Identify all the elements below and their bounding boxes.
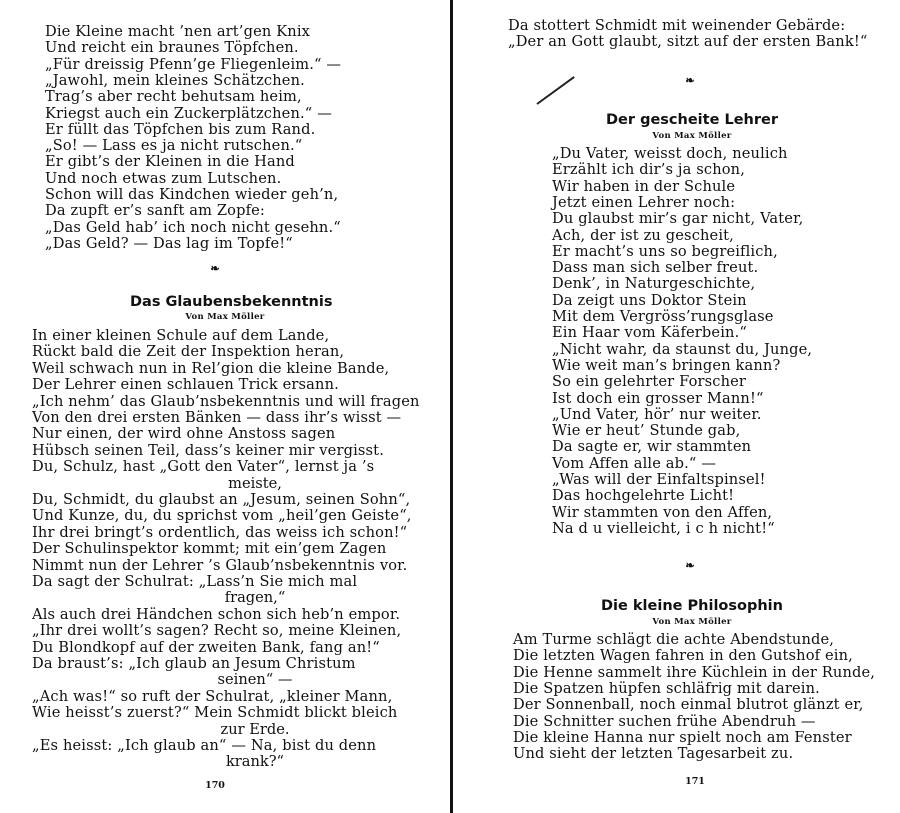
verse-line: Mit dem Vergröss’rungsglase (552, 309, 774, 325)
page-number: 171 (680, 776, 710, 787)
verse-line: „Für dreissig Pfenn’ge Fliegenleim.“ — (45, 57, 341, 73)
verse-line: Trag’s aber recht behutsam heim, (45, 89, 302, 105)
verse-line: Die Schnitter suchen frühe Abendruh — (513, 714, 816, 730)
verse-line: Du Blondkopf auf der zweiten Bank, fang … (32, 640, 380, 656)
verse-line: Dass man sich selber freut. (552, 260, 758, 276)
verse-line: Nimmt nun der Lehrer ’s Glaub’nsbekenntn… (32, 558, 407, 574)
verse-line: Vom Affen alle ab.“ — (552, 456, 716, 472)
verse-line: Er füllt das Töpfchen bis zum Rand. (45, 122, 315, 138)
verse-line: Du, Schmidt, du glaubst an „Jesum, seine… (32, 492, 410, 508)
poem-title: Die kleine Philosophin (562, 598, 822, 614)
verse-line: Da braust’s: „Ich glaub an Jesum Christu… (32, 656, 356, 672)
verse-line: Der Sonnenball, noch einmal blutrot glän… (513, 697, 864, 713)
poem-byline: Von Max Möller (602, 131, 782, 141)
verse-line-continuation: meiste, (130, 476, 380, 492)
verse-line-continuation: fragen,“ (130, 590, 380, 606)
verse-line: Das hochgelehrte Licht! (552, 488, 734, 504)
verse-line: Ach, der ist zu gescheit, (552, 228, 734, 244)
verse-line: Rückt bald die Zeit der Inspektion heran… (32, 344, 344, 360)
verse-line-continuation: zur Erde. (130, 722, 380, 738)
verse-line-continuation: krank?“ (130, 754, 380, 770)
verse-line: Und reicht ein braunes Töpfchen. (45, 40, 299, 56)
verse-line: Die Henne sammelt ihre Küchlein in der R… (513, 665, 875, 681)
left-page: Die Kleine macht ’nen art’gen KnixUnd re… (0, 0, 450, 813)
verse-line: Wie heisst’s zuerst?“ Mein Schmidt blick… (32, 705, 397, 721)
page-number: 170 (200, 780, 230, 791)
verse-line: So ein gelehrter Forscher (552, 374, 746, 390)
verse-line: Da stottert Schmidt mit weinender Gebärd… (508, 18, 845, 34)
verse-line-continuation: seinen“ — (130, 672, 380, 688)
verse-line: Da sagt der Schulrat: „Lass’n Sie mich m… (32, 574, 357, 590)
verse-line: Wie er heut’ Stunde gab, (552, 423, 740, 439)
poem-title: Der gescheite Lehrer (582, 112, 802, 128)
verse-line: „Und Vater, hör’ nur weiter. (552, 407, 762, 423)
verse-line: Wie weit man’s bringen kann? (552, 358, 780, 374)
verse-line: Der Lehrer einen schlauen Trick ersann. (32, 377, 339, 393)
ornament-fleuron-icon: ❧ (665, 559, 715, 572)
verse-line: Erzählt ich dir’s ja schon, (552, 162, 745, 178)
verse-line: Die Kleine macht ’nen art’gen Knix (45, 24, 310, 40)
verse-line: „Du Vater, weisst doch, neulich (552, 146, 788, 162)
verse-line: Ist doch ein grosser Mann!“ (552, 391, 764, 407)
verse-line: Die kleine Hanna nur spielt noch am Fens… (513, 730, 852, 746)
verse-line: Die Spatzen hüpfen schläfrig mit darein. (513, 681, 820, 697)
verse-line: Und sieht der letzten Tagesarbeit zu. (513, 746, 793, 762)
verse-line: Die letzten Wagen fahren in den Gutshof … (513, 648, 853, 664)
poem-byline: Von Max Möller (130, 312, 320, 322)
poem-title: Das Glaubensbekenntnis (130, 294, 320, 310)
verse-line: „Der an Gott glaubt, sitzt auf der erste… (508, 34, 867, 50)
verse-line: Und noch etwas zum Lutschen. (45, 171, 281, 187)
verse-line: Hübsch seinen Teil, dass’s keiner mir ve… (32, 443, 384, 459)
verse-line: Du glaubst mir’s gar nicht, Vater, (552, 211, 803, 227)
verse-line: Als auch drei Händchen schon sich heb’n … (32, 607, 400, 623)
verse-line: Wir haben in der Schule (552, 179, 735, 195)
verse-line: Kriegst auch ein Zuckerplätzchen.“ — (45, 106, 332, 122)
verse-line: Wir stammten von den Affen, (552, 505, 772, 521)
verse-line: Da sagte er, wir stammten (552, 439, 751, 455)
verse-line: Er macht’s uns so begreiflich, (552, 244, 778, 260)
verse-line: Der Schulinspektor kommt; mit ein’gem Za… (32, 541, 386, 557)
verse-line: Da zeigt uns Doktor Stein (552, 293, 747, 309)
verse-line: Denk’, in Naturgeschichte, (552, 276, 755, 292)
ornament-fleuron-icon: ❧ (190, 262, 240, 275)
verse-line: In einer kleinen Schule auf dem Lande, (32, 328, 329, 344)
verse-line: Du, Schulz, hast „Gott den Vater“, lerns… (32, 459, 374, 475)
verse-line: „Ihr drei wollt’s sagen? Recht so, meine… (32, 623, 401, 639)
verse-line: „Was will der Einfaltspinsel! (552, 472, 766, 488)
verse-line: Und Kunze, du, du sprichst vom „heil’gen… (32, 508, 412, 524)
verse-line: Weil schwach nun in Rel’gion die kleine … (32, 361, 389, 377)
verse-line: „Das Geld hab’ ich noch nicht gesehn.“ (45, 220, 341, 236)
ornament-fleuron-icon: ❧ (665, 74, 715, 87)
verse-line: „Nicht wahr, da staunst du, Junge, (552, 342, 812, 358)
verse-line: Er gibt’s der Kleinen in die Hand (45, 154, 295, 170)
verse-line: Da zupft er’s sanft am Zopfe: (45, 203, 265, 219)
verse-line: Ein Haar vom Käferbein.“ (552, 325, 747, 341)
verse-line: „Das Geld? — Das lag im Topfe!“ (45, 236, 293, 252)
verse-line: „Ach was!“ so ruft der Schulrat, „kleine… (32, 689, 392, 705)
verse-line: „Es heisst: „Ich glaub an“ — Na, bist du… (32, 738, 376, 754)
verse-line: Nur einen, der wird ohne Anstoss sagen (32, 426, 335, 442)
verse-line: Am Turme schlägt die achte Abendstunde, (513, 632, 834, 648)
poem-byline: Von Max Möller (602, 617, 782, 627)
verse-line: Schon will das Kindchen wieder geh’n, (45, 187, 338, 203)
verse-line: Jetzt einen Lehrer noch: (552, 195, 735, 211)
verse-line: Na d u vielleicht, i c h nicht!“ (552, 521, 775, 537)
verse-line: Ihr drei bringt’s ordentlich, das weiss … (32, 525, 407, 541)
verse-line: Von den drei ersten Bänken — dass ihr’s … (32, 410, 401, 426)
verse-line: „Ich nehm’ das Glaub’nsbekenntnis und wi… (32, 394, 420, 410)
right-page: Da stottert Schmidt mit weinender Gebärd… (452, 0, 900, 813)
verse-line: „So! — Lass es ja nicht rutschen.“ (45, 138, 302, 154)
verse-line: „Jawohl, mein kleines Schätzchen. (45, 73, 305, 89)
